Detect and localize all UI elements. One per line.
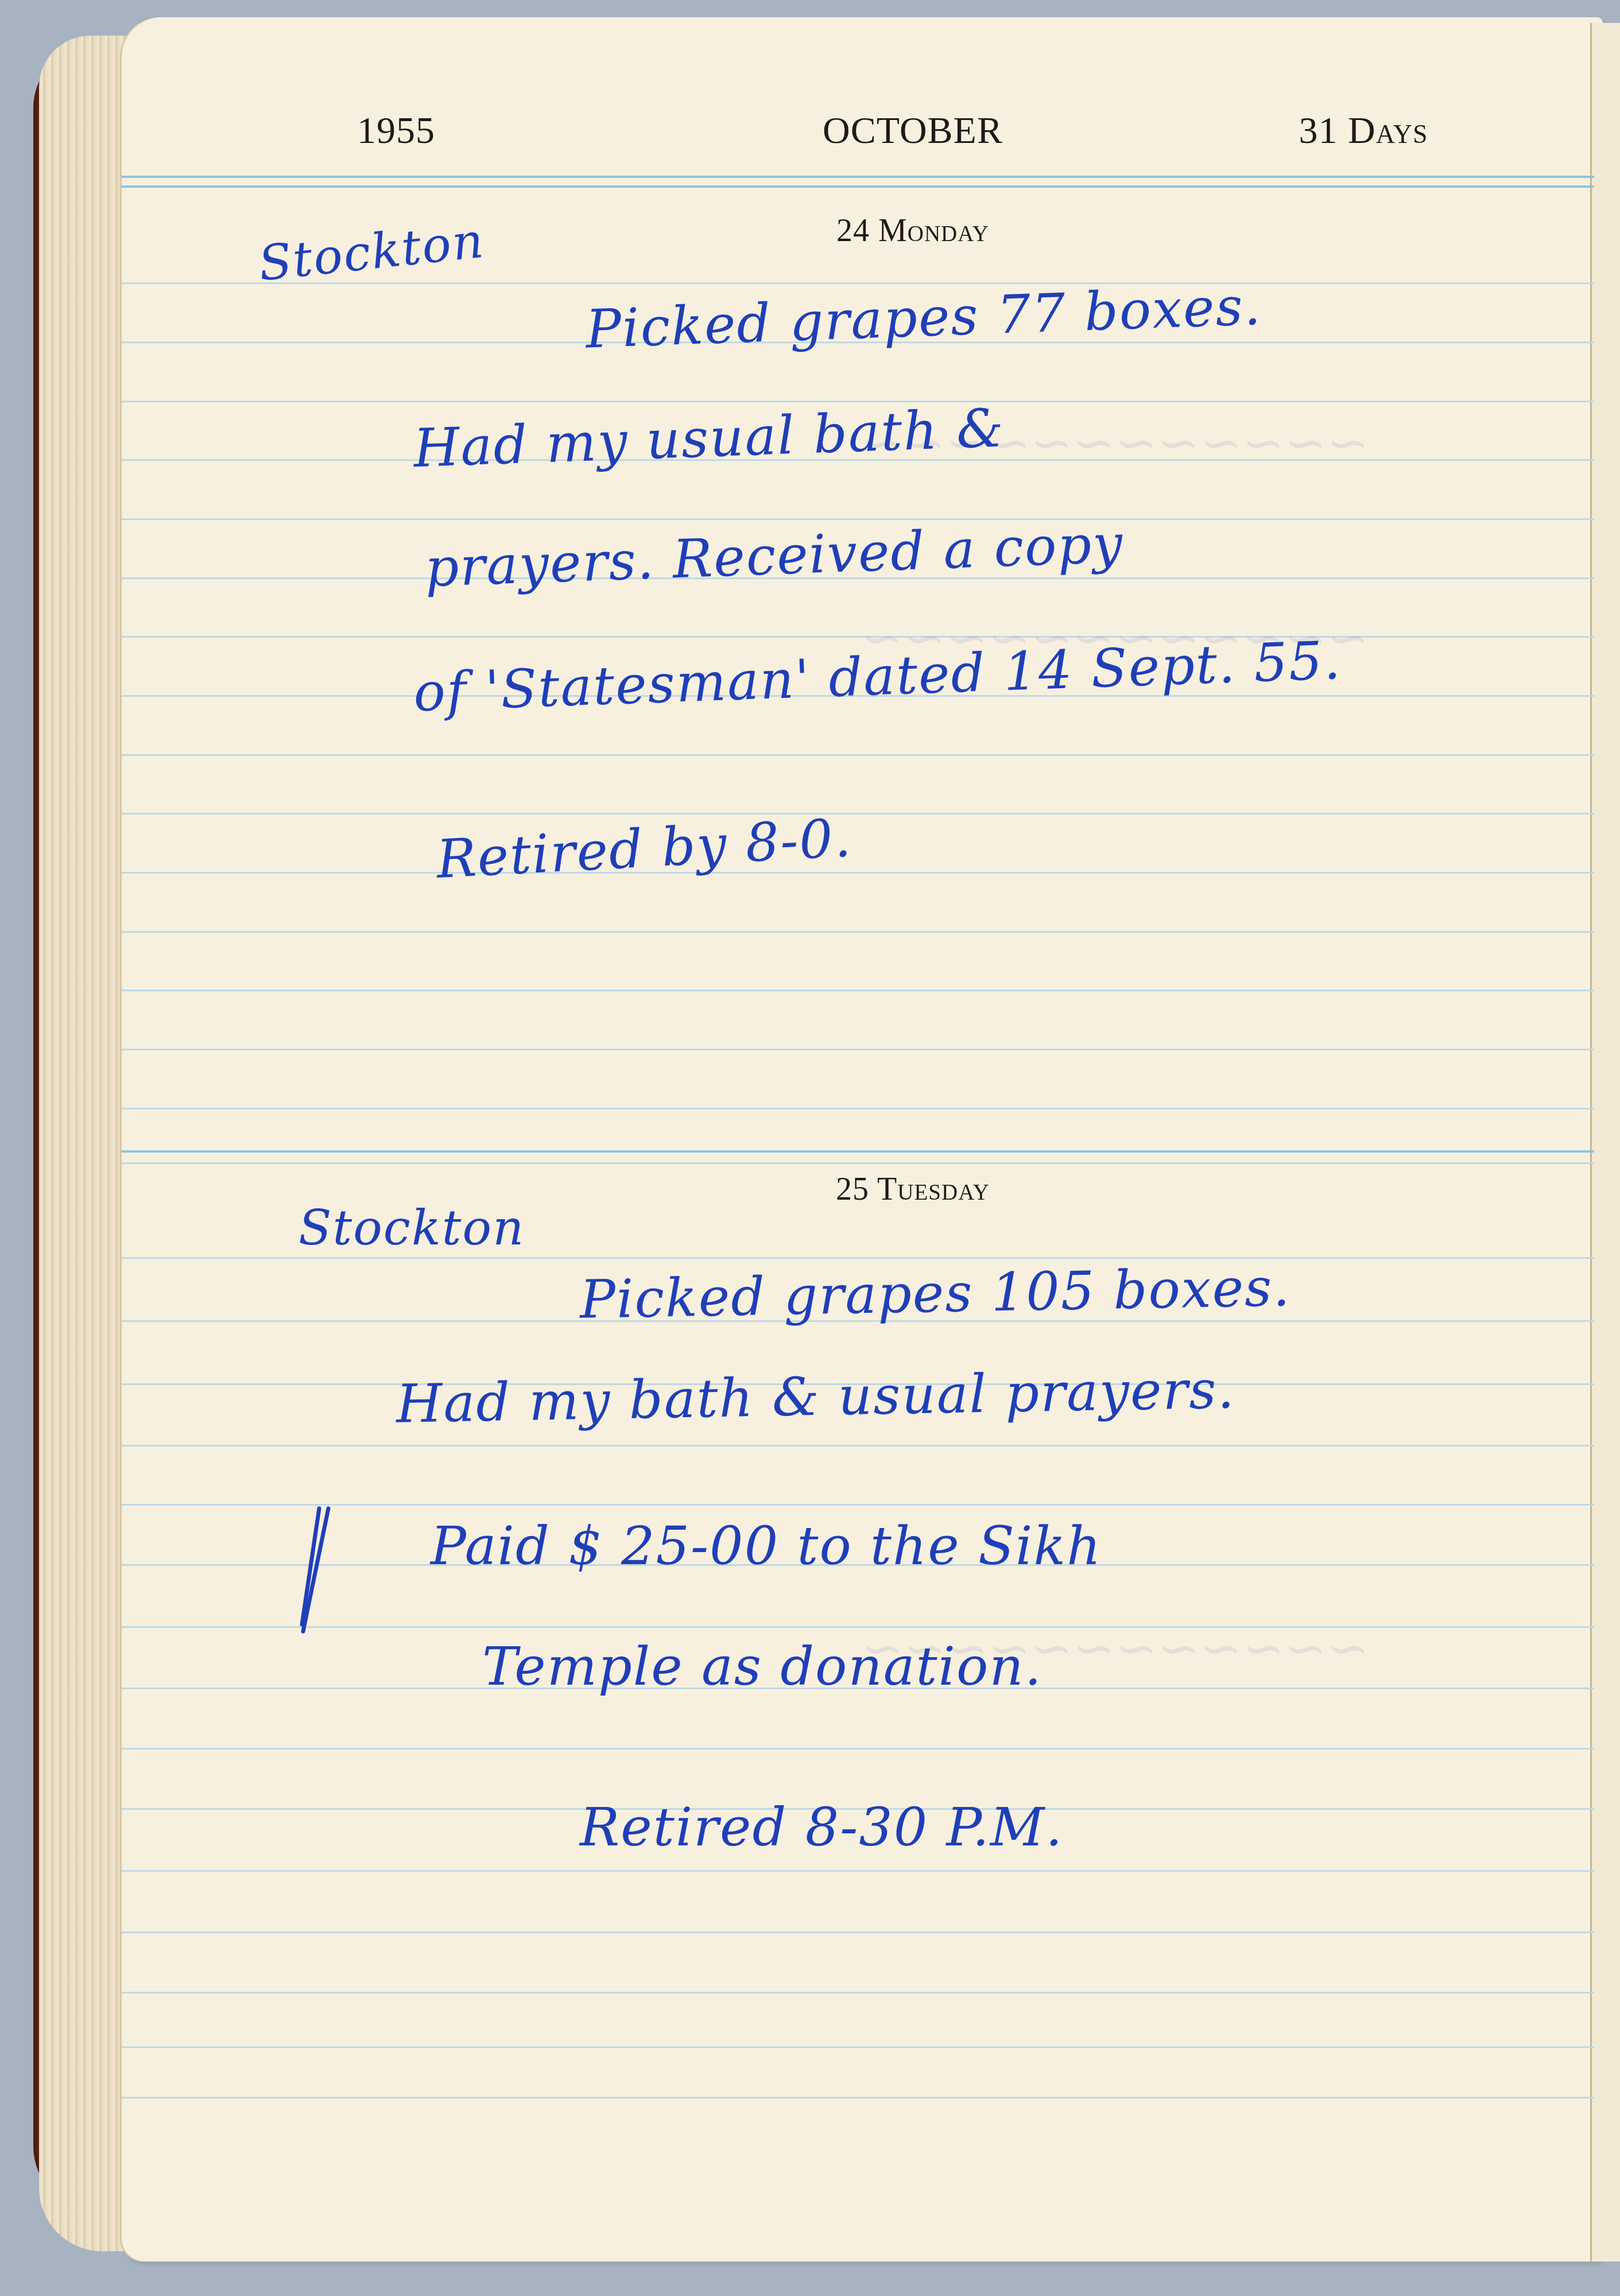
ruled-line <box>122 872 1594 874</box>
ruled-line <box>122 1108 1594 1110</box>
month-label: OCTOBER <box>823 109 1003 153</box>
header-rule-bottom <box>122 185 1594 188</box>
year-label: 1955 <box>357 109 435 153</box>
ruled-line <box>122 2046 1594 2048</box>
entry-line: Temple as donation. <box>482 1636 1042 1697</box>
ruled-line <box>122 1445 1594 1446</box>
ruled-line <box>122 2097 1594 2099</box>
location-note: Stockton <box>299 1200 525 1256</box>
entry-line: Picked grapes 105 boxes. <box>579 1256 1291 1331</box>
ruled-line <box>122 1992 1594 1994</box>
ruled-line <box>122 1257 1594 1259</box>
day-heading: 24 Monday <box>836 212 989 249</box>
ruled-line <box>122 518 1594 520</box>
ruled-line <box>122 931 1594 933</box>
day-heading: 25 Tuesday <box>836 1171 990 1208</box>
ruled-line <box>122 990 1594 991</box>
ruled-line <box>122 1162 1594 1164</box>
ruled-line <box>122 813 1594 815</box>
ruled-line <box>122 754 1594 756</box>
day-separator-rule <box>122 1150 1594 1153</box>
diary-page <box>122 17 1603 2262</box>
entry-line: Paid $ 25-00 to the Sikh <box>431 1515 1102 1577</box>
ruled-line <box>122 1748 1594 1750</box>
entry-line: Retired 8-30 P.M. <box>580 1797 1064 1858</box>
ruled-line <box>122 1049 1594 1050</box>
header-rule-top <box>122 176 1594 178</box>
ruled-line <box>122 1626 1594 1628</box>
margin-double-stroke-mark <box>299 1504 333 1636</box>
ruled-line <box>122 1504 1594 1506</box>
days-in-month-label: 31 Days <box>1299 109 1428 153</box>
facing-page-edge <box>1590 23 1620 2262</box>
ruled-line <box>122 1870 1594 1872</box>
ruled-line <box>122 1932 1594 1933</box>
ruled-line <box>122 636 1594 638</box>
